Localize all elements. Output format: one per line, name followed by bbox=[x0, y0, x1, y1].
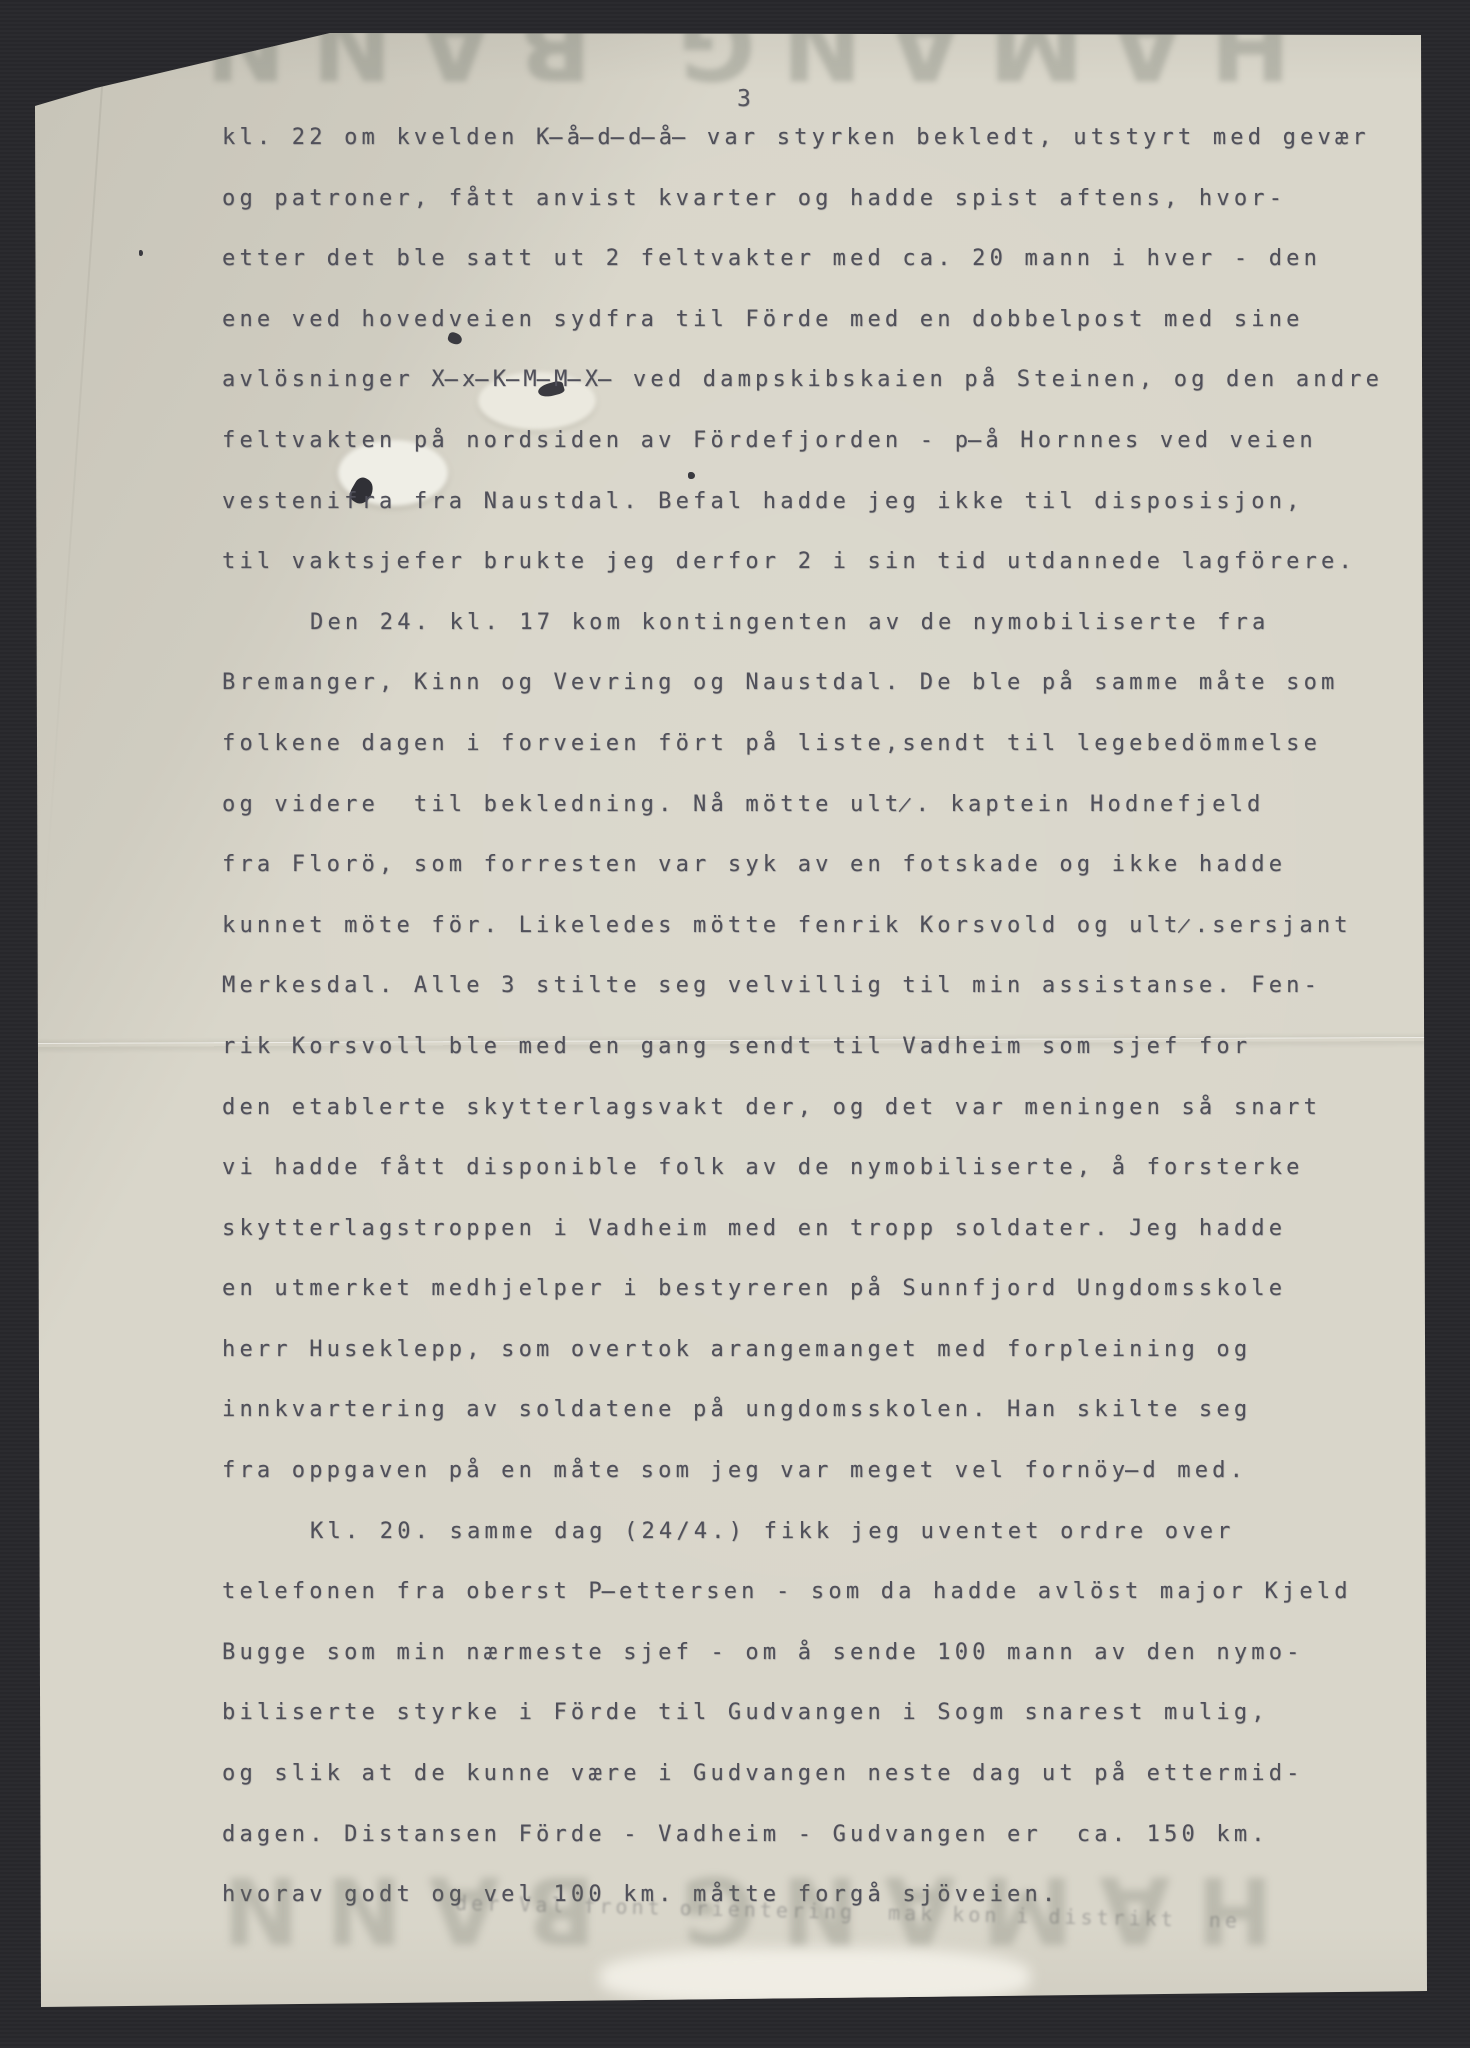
typed-line: fra Florö, som forresten var syk av en f… bbox=[222, 835, 1412, 896]
typed-line: ene ved hovedveien sydfra til Förde med … bbox=[222, 290, 1412, 351]
typed-line: Den 24. kl. 17 kom kontingenten av de ny… bbox=[222, 593, 1412, 654]
text-block: kl. 22 om kvelden K̶å̶d̶d̶å̶ var styrken… bbox=[222, 108, 1412, 1926]
typed-line: fra oppgaven på en måte som jeg var mege… bbox=[222, 1441, 1412, 1502]
typed-line: og slik at de kunne være i Gudvangen nes… bbox=[222, 1744, 1412, 1805]
document-page: HAMANG BANN 3 kl. 22 om kvelden K̶å̶d̶d̶… bbox=[0, 0, 1470, 2048]
typed-line: til vaktsjefer brukte jeg derfor 2 i sin… bbox=[222, 532, 1412, 593]
typed-line: feltvakten på nordsiden av Fördefjorden … bbox=[222, 411, 1412, 472]
typed-line: rik Korsvoll ble med en gang sendt til V… bbox=[222, 1017, 1412, 1078]
typed-line: Kl. 20. samme dag (24/4.) fikk jeg uvent… bbox=[222, 1502, 1412, 1563]
ink-speck bbox=[139, 250, 143, 256]
typed-line: en utmerket medhjelper i bestyreren på S… bbox=[222, 1259, 1412, 1320]
typed-line: den etablerte skytterlagsvakt der, og de… bbox=[222, 1078, 1412, 1139]
typed-line: skytterlagstroppen i Vadheim med en trop… bbox=[222, 1199, 1412, 1260]
typed-line: telefonen fra oberst P̶ettersen - som da… bbox=[222, 1562, 1412, 1623]
typed-line: innkvartering av soldatene på ungdomssko… bbox=[222, 1380, 1412, 1441]
typed-line: kunnet möte för. Likeledes mötte fenrik … bbox=[222, 896, 1412, 957]
typed-line: herr Huseklepp, som overtok arangemanget… bbox=[222, 1320, 1412, 1381]
typed-line: og videre til bekledning. Nå mötte ult̷.… bbox=[222, 775, 1412, 836]
typed-line: vi hadde fått disponible folk av de nymo… bbox=[222, 1138, 1412, 1199]
typed-line: Merkesdal. Alle 3 stilte seg velvillig t… bbox=[222, 956, 1412, 1017]
typed-line: biliserte styrke i Förde til Gudvangen i… bbox=[222, 1683, 1412, 1744]
typed-line: og patroner, fått anvist kvarter og hadd… bbox=[222, 169, 1412, 230]
typed-line: folkene dagen i forveien fört på liste,s… bbox=[222, 714, 1412, 775]
typed-line: avlösninger X̶x̶K̶M̶M̶X̶ ved dampskibska… bbox=[222, 350, 1412, 411]
typed-line: Bremanger, Kinn og Vevring og Naustdal. … bbox=[222, 653, 1412, 714]
paper-crease-vertical bbox=[42, 30, 107, 928]
typed-line: Bugge som min nærmeste sjef - om å sende… bbox=[222, 1623, 1412, 1684]
typed-line: vestenifra fra Naustdal. Befal hadde jeg… bbox=[222, 472, 1412, 533]
typed-line: etter det ble satt ut 2 feltvakter med c… bbox=[222, 229, 1412, 290]
typed-line: dagen. Distansen Förde - Vadheim - Gudva… bbox=[222, 1805, 1412, 1866]
typed-line: kl. 22 om kvelden K̶å̶d̶d̶å̶ var styrken… bbox=[222, 108, 1412, 169]
